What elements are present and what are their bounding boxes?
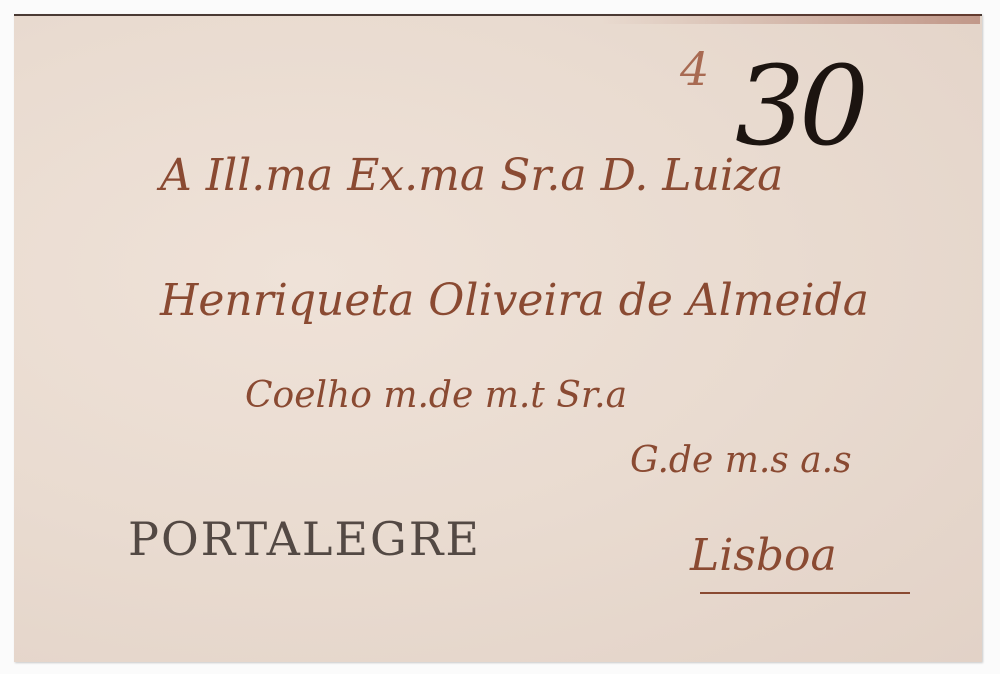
address-line-5: Lisboa: [690, 530, 837, 581]
address-line-3: Coelho m.de m.t Sr.a: [245, 375, 627, 416]
destination-underline: [700, 592, 910, 594]
manuscript-numeral: 4: [680, 42, 709, 96]
address-line-2: Henriqueta Oliveira de Almeida: [160, 275, 869, 326]
edge-stain: [600, 14, 980, 24]
postmark-handstamp: PORTALEGRE: [128, 512, 481, 566]
address-line-4: G.de m.s a.s: [630, 440, 852, 481]
address-line-1: A Ill.ma Ex.ma Sr.a D. Luiza: [160, 150, 783, 201]
